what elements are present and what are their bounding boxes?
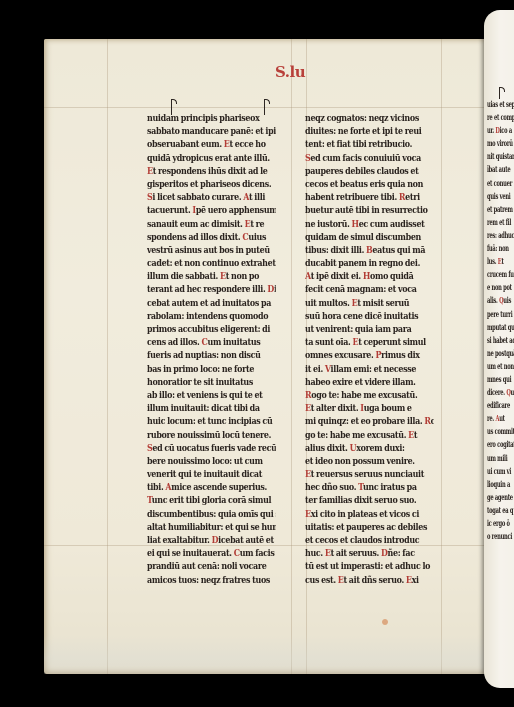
running-head: S.lu (275, 63, 305, 81)
text-line: dicere. Qui (487, 386, 514, 399)
text-line: discumbentibus: quia omīs qui se ex (147, 508, 276, 521)
text-line: diuites: ne forte et ipi te reui (305, 125, 434, 138)
text-line: quidam de simul discumben (305, 231, 434, 244)
text-line: ge agente (487, 491, 514, 504)
text-line: cens ad illos. Cum inuitatus (147, 336, 276, 349)
text-line: rem et fil (487, 216, 514, 229)
text-line: uit multos. Et misit seruū (305, 297, 434, 310)
text-line: hec dño suo. Tunc iratus pa (305, 481, 434, 494)
ruling-line-top (44, 107, 486, 108)
text-line: cadet: et non continuo extrahet (147, 257, 276, 270)
text-line: cecos et beatus eris quia non (305, 178, 434, 191)
ruling-line-left-col-right (291, 39, 292, 674)
text-line: cebat autem et ad inuitatos pa (147, 297, 276, 310)
text-line: sanauit eum ac dimisit. Et re (147, 218, 276, 231)
text-line: mi quinqz: et eo probare illa. Ro (305, 415, 434, 428)
text-line: pere turri (487, 308, 514, 321)
text-line: buetur autē tibi in resurrectio (305, 204, 434, 217)
text-line: altat humiliabitur: et qui se humi (147, 521, 276, 534)
text-line: et conuer (487, 177, 514, 190)
text-line: Et alter dixit. Iuga boum e (305, 402, 434, 415)
text-line: tent: et fiat tibi retribucio. (305, 138, 434, 151)
text-line: tacuerunt. Ipē uero apphensum (147, 204, 276, 217)
text-line: ic ergo ō (487, 517, 514, 530)
text-line: huic locum: et tunc incipias cū (147, 415, 276, 428)
text-line: go te: habe me excusatū. Et (305, 429, 434, 442)
text-line: cus est. Et ait dñs seruo. Exi (305, 574, 434, 587)
text-line: honoratior te sit inuitatus (147, 376, 276, 389)
text-line: quidā ydropicus erat ante illū. (147, 152, 276, 165)
text-line: it ei. Villam emi: et necesse (305, 363, 434, 376)
text-line: Tunc erit tibi gloria corā simul (147, 494, 276, 507)
text-line: ter familias dixit seruo suo. (305, 494, 434, 507)
text-column-right: neqz cognatos: neqz vicinos diuites: ne … (305, 112, 445, 587)
text-line: fecit cenā magnam: et voca (305, 283, 434, 296)
text-line: lioquin a (487, 478, 514, 491)
text-line: mnes qui (487, 373, 514, 386)
text-line: ta sunt oīa. Et ceperunt simul (305, 336, 434, 349)
text-line: rubore nouissimū locū tenere. (147, 429, 276, 442)
text-line: uias et sep (487, 98, 514, 111)
text-line: mo virorū (487, 137, 514, 150)
text-line: re. Aut (487, 412, 514, 425)
text-line: ne postquā (487, 347, 514, 360)
text-line: huc. Et ait seruus. Dñe: fac (305, 547, 434, 560)
text-line: suū hora cene dicē inuitatis (305, 310, 434, 323)
foxing-stain (382, 619, 388, 625)
text-line: nit quistar (487, 150, 514, 163)
text-column-left: nuidam principis phariseox sabbato mandu… (147, 112, 287, 587)
text-line: et ideo non possum venire. (305, 455, 434, 468)
text-line: res: adhuc (487, 229, 514, 242)
text-line: spondens ad illos dixit. Cuius (147, 231, 276, 244)
text-line: lus. Et (487, 255, 514, 268)
text-line: um et non (487, 360, 514, 373)
text-line: habent retribuere tibi. Retri (305, 191, 434, 204)
text-line: edificare (487, 399, 514, 412)
text-line: fueris ad nuptias: non discū (147, 349, 276, 362)
text-line: tibi. Amice ascende superius. (147, 481, 276, 494)
text-line: fuā: non (487, 242, 514, 255)
text-line: venerit qui te inuitauit dicat (147, 468, 276, 481)
text-line: Et reuersus seruus nunciauit (305, 468, 434, 481)
text-line: terant ad hec respondere illi. Di (147, 283, 276, 296)
text-line: vestrū asinus aut bos in puteū (147, 244, 276, 257)
text-line: crucem fuā (487, 268, 514, 281)
ruling-line-outer-left (107, 39, 108, 674)
text-line: prandiū aut cenā: noli vocare (147, 560, 276, 573)
text-line: neqz cognatos: neqz vicinos (305, 112, 434, 125)
text-line: bere nouissimo loco: ut cum (147, 455, 276, 468)
text-line: uitatis: et pauperes ac debiles (305, 521, 434, 534)
text-line: pauperes debiles claudos et (305, 165, 434, 178)
text-line: amicos tuos: neqz fratres tuos (147, 574, 276, 587)
text-line: omnes excusare. Primus dix (305, 349, 434, 362)
text-line: tibus: dixit illi. Beatus qui mā (305, 244, 434, 257)
text-line: ero cogitat (487, 438, 514, 451)
text-line: ne iustorū. Hec cum audisset (305, 218, 434, 231)
text-line: ībat aute (487, 163, 514, 176)
text-line: illum inuitauit: dicat tibi da (147, 402, 276, 415)
text-line: gisperitos et phariseos dicens. (147, 178, 276, 191)
text-line: At ipē dixit ei. Homo quidā (305, 270, 434, 283)
text-line: illum die sabbati. Et non po (147, 270, 276, 283)
text-line: um mili (487, 452, 514, 465)
text-line: bas in primo loco: ne forte (147, 363, 276, 376)
text-line: ut venirent: quia iam para (305, 323, 434, 336)
text-line: alius dixit. Uxorem duxi: (305, 442, 434, 455)
text-line: tū est ut imperasti: et adhuc lo (305, 560, 434, 573)
text-line: quis veni (487, 190, 514, 203)
facing-page-text: uias et sep re et comp ur. Dico a mo vir… (487, 98, 514, 543)
text-line: Sed cum facis conuiuiū voca (305, 152, 434, 165)
text-line: obseruabant eum. Et ecce ho (147, 138, 276, 151)
text-line: us committ (487, 425, 514, 438)
text-line: et patrem (487, 203, 514, 216)
text-line: ur. Dico a (487, 124, 514, 137)
text-line: Exi cito in plateas et vicos ci (305, 508, 434, 521)
text-line: rabolam: intendens quomodo (147, 310, 276, 323)
text-line: e non pot (487, 281, 514, 294)
text-line: alis. Quis (487, 294, 514, 307)
text-line: ei qui se inuitauerat. Cum facis (147, 547, 276, 560)
text-line: liat exaltabitur. Dicebat autē et (147, 534, 276, 547)
text-line: ui cum vi (487, 465, 514, 478)
text-line: habeo exire et videre illam. (305, 376, 434, 389)
text-line: ducabit panem in regno dei. (305, 257, 434, 270)
text-line: sabbato manducare panē: et ipi (147, 125, 276, 138)
text-line: re et comp (487, 111, 514, 124)
text-line: mputat qu (487, 321, 514, 334)
facing-page-curl: uias et sep re et comp ur. Dico a mo vir… (484, 10, 514, 688)
text-line: Si licet sabbato curare. At illi (147, 191, 276, 204)
text-line: o renunci (487, 530, 514, 543)
text-line: nuidam principis phariseox (147, 112, 276, 125)
text-line: primos accubitus eligerent: di (147, 323, 276, 336)
text-line: Rogo te: habe me excusatū. (305, 389, 434, 402)
text-line: et cecos et claudos introduc (305, 534, 434, 547)
text-line: Sed cū uocatus fueris vade recū (147, 442, 276, 455)
text-line: togat ea q (487, 504, 514, 517)
text-line: ab illo: et veniens is qui te et (147, 389, 276, 402)
text-line: si habet ad (487, 334, 514, 347)
text-line: Et respondens ihūs dixit ad le (147, 165, 276, 178)
